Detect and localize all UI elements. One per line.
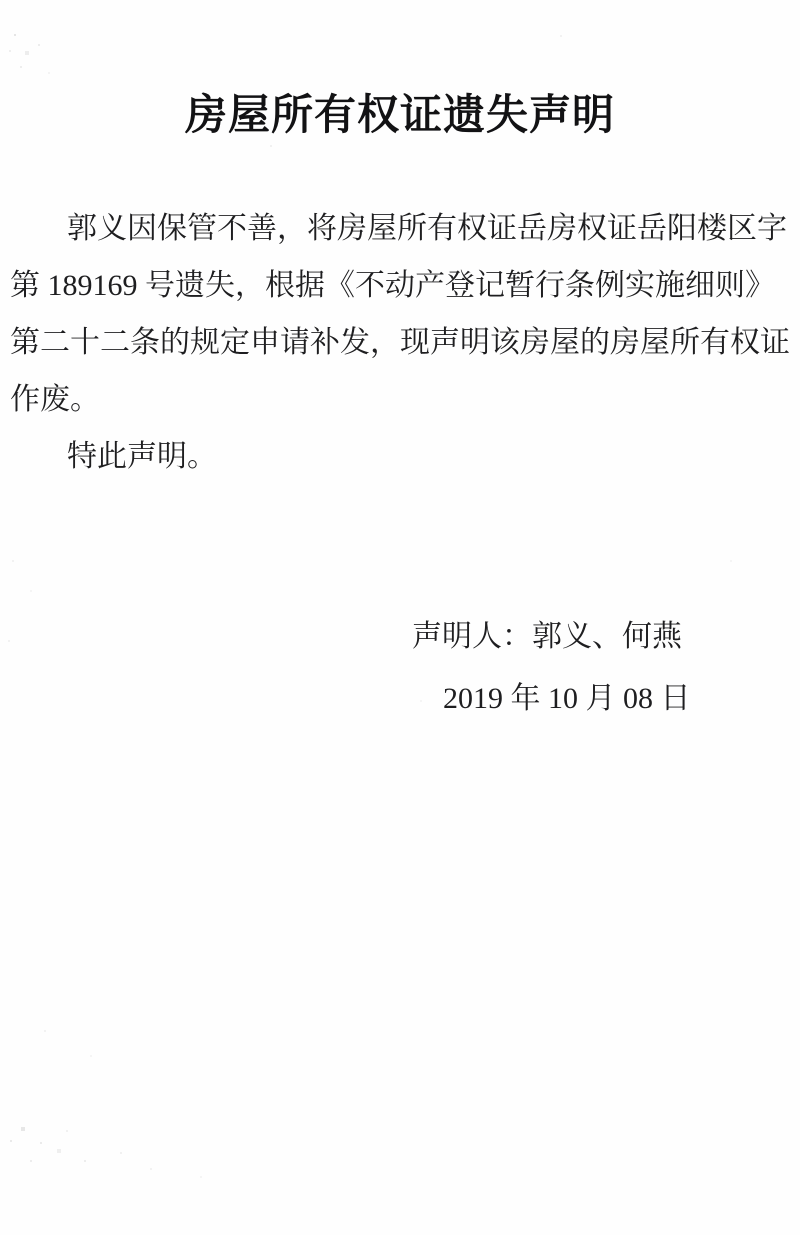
body-line-1: 郭义因保管不善，将房屋所有权证岳房权证岳阳楼区字: [10, 200, 796, 257]
signature-date: 2019 年 10 月 08 日: [443, 683, 691, 715]
scan-noise-top-left: [0, 0, 2, 2]
body-line-2: 第 189169 号遗失，根据《不动产登记暂行条例实施细则》: [10, 257, 796, 314]
scanned-document-page: 房屋所有权证遗失声明 郭义因保管不善，将房屋所有权证岳房权证岳阳楼区字 第 18…: [0, 0, 800, 1235]
signature-declarant: 声明人：郭义、何燕: [412, 621, 682, 653]
scan-noise-bottom-left: [0, 1000, 2, 1002]
scan-noise-middle: [0, 500, 2, 502]
document-body: 郭义因保管不善，将房屋所有权证岳房权证岳阳楼区字 第 189169 号遗失，根据…: [10, 200, 796, 485]
body-line-4: 作废。: [10, 371, 796, 428]
body-line-closing: 特此声明。: [10, 428, 796, 485]
body-line-3: 第二十二条的规定申请补发，现声明该房屋的房屋所有权证: [10, 314, 796, 371]
document-title: 房屋所有权证遗失声明: [0, 82, 800, 142]
